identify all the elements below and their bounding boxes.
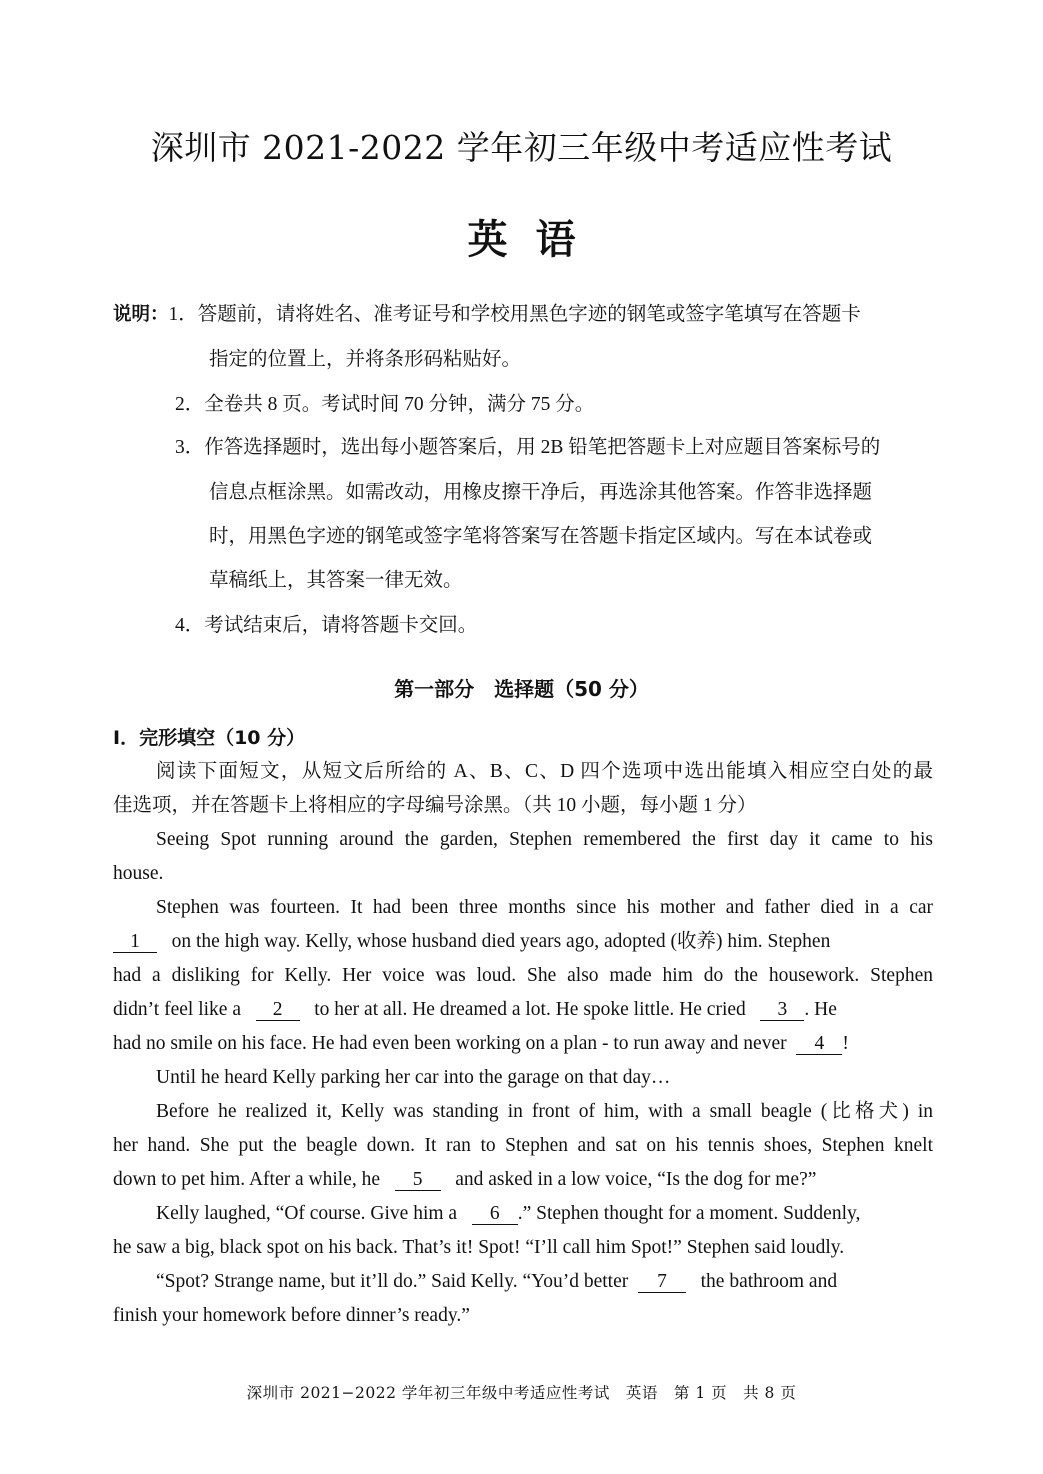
instruction-item-2: 2．全卷共 8 页。考试时间 70 分钟，满分 75 分。 [175, 390, 594, 420]
blank-7: 7 [638, 1272, 686, 1293]
exam-title: 深圳市 2021-2022 学年初三年级中考适应性考试 [0, 122, 1043, 169]
passage-line: 1 on the high way. Kelly, whose husband … [113, 927, 933, 957]
instruction-item-1-cont: 指定的位置上，并将条形码粘贴好。 [209, 345, 521, 375]
passage-text: to her at all. He dreamed a lot. He spok… [314, 999, 746, 1020]
item-text: 作答选择题时，选出每小题答案后，用 2B 铅笔把答题卡上对应题目答案标号的 [204, 437, 880, 458]
passage-line: he saw a big, black spot on his back. Th… [113, 1233, 933, 1263]
item-text: 全卷共 8 页。考试时间 70 分钟，满分 75 分。 [204, 394, 594, 415]
passage-text: . He [804, 999, 837, 1020]
part-title: I．完形填空（10 分） [113, 723, 305, 750]
item-number: 3． [175, 437, 204, 458]
passage-line: “Spot? Strange name, but it’ll do.” Said… [113, 1267, 933, 1297]
passage-line: down to pet him. After a while, he 5 and… [113, 1165, 933, 1195]
passage-line: Before he realized it, Kelly was standin… [113, 1097, 933, 1127]
exam-page: 深圳市 2021-2022 学年初三年级中考适应性考试 英语 说明：1．答题前，… [0, 0, 1043, 1474]
passage-text: .” Stephen thought for a moment. Suddenl… [518, 1203, 861, 1224]
page-footer: 深圳市 2021−2022 学年初三年级中考适应性考试 英语 第 1 页 共 8… [0, 1381, 1043, 1403]
passage-line: had no smile on his face. He had even be… [113, 1029, 933, 1059]
passage-text: and asked in a low voice, “Is the dog fo… [455, 1169, 816, 1190]
item-number: 1． [169, 304, 198, 325]
blank-2: 2 [256, 1000, 300, 1021]
blank-5: 5 [395, 1170, 441, 1191]
instruction-item-3-cont: 信息点框涂黑。如需改动，用橡皮擦干净后，再选涂其他答案。作答非选择题 [209, 478, 872, 508]
passage-line: Until he heard Kelly parking her car int… [113, 1063, 933, 1093]
directions-line: 阅读下面短文，从短文后所给的 A、B、C、D 四个选项中选出能填入相应空白处的最 [113, 757, 933, 787]
passage-text: the bathroom and [701, 1271, 837, 1292]
directions-line: 佳选项，并在答题卡上将相应的字母编号涂黑。（共 10 小题，每小题 1 分） [113, 791, 933, 821]
item-number: 2． [175, 394, 204, 415]
passage-line: Kelly laughed, “Of course. Give him a 6.… [113, 1199, 933, 1229]
instruction-item-3: 3．作答选择题时，选出每小题答案后，用 2B 铅笔把答题卡上对应题目答案标号的 [175, 433, 880, 463]
blank-1: 1 [113, 932, 157, 953]
passage-line: house. [113, 859, 933, 889]
subject-title: 英语 [0, 208, 1043, 265]
passage-text: had no smile on his face. He had even be… [113, 1033, 787, 1054]
passage-line: finish your homework before dinner’s rea… [113, 1301, 933, 1331]
passage-line: didn’t feel like a 2 to her at all. He d… [113, 995, 933, 1025]
instruction-item-4: 4．考试结束后，请将答题卡交回。 [175, 611, 477, 641]
passage-line: Stephen was fourteen. It had been three … [113, 893, 933, 923]
passage-text: down to pet him. After a while, he [113, 1169, 380, 1190]
section-title: 第一部分 选择题（50 分） [0, 673, 1043, 702]
item-text: 答题前，请将姓名、准考证号和学校用黑色字迹的钢笔或签字笔填写在答题卡 [198, 304, 861, 325]
passage-text: on the high way. Kelly, whose husband di… [172, 931, 831, 952]
instruction-item-3-cont: 时，用黑色字迹的钢笔或签字笔将答案写在答题卡指定区域内。写在本试卷或 [209, 522, 872, 552]
instruction-item-1: 说明：1．答题前，请将姓名、准考证号和学校用黑色字迹的钢笔或签字笔填写在答题卡 [113, 300, 861, 330]
instructions-label: 说明： [113, 304, 169, 325]
blank-4: 4 [796, 1034, 842, 1055]
passage-text: ! [842, 1033, 849, 1054]
passage-line: had a disliking for Kelly. Her voice was… [113, 961, 933, 991]
blank-6: 6 [472, 1204, 518, 1225]
passage-text: “Spot? Strange name, but it’ll do.” Said… [156, 1271, 628, 1292]
passage-text: didn’t feel like a [113, 999, 241, 1020]
item-number: 4． [175, 615, 204, 636]
passage-line: Seeing Spot running around the garden, S… [113, 825, 933, 855]
passage-line: her hand. She put the beagle down. It ra… [113, 1131, 933, 1161]
passage-text: Kelly laughed, “Of course. Give him a [156, 1203, 457, 1224]
item-text: 考试结束后，请将答题卡交回。 [204, 615, 477, 636]
instruction-item-3-cont: 草稿纸上，其答案一律无效。 [209, 566, 463, 596]
blank-3: 3 [760, 1000, 804, 1021]
